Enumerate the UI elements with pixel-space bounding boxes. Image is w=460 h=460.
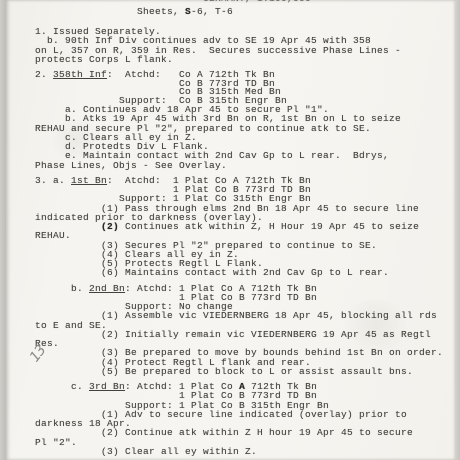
doc-line: (6) Maintains contact with 2nd Cav Gp to… — [35, 268, 451, 277]
doc-line: (2) Continues atk within Z, H Hour 19 Ap… — [35, 222, 451, 231]
sheets-line: Sheets, S-6, T-6 — [35, 6, 233, 17]
doc-line: (2) Continue atk within Z H hour 19 Apr … — [35, 428, 451, 437]
doc-line: (5) Be prepared to block to L or assist … — [35, 367, 451, 376]
sheets-post: -6, T-6 — [191, 6, 233, 17]
sheets-pre: Sheets, — [35, 6, 185, 17]
document-body: 1. Issued Separately. b. 90th Inf Div co… — [35, 27, 451, 456]
document-page: GERMANY, 1:100,000 Sheets, S-6, T-6 1. I… — [6, 0, 455, 460]
map-reference-fragment: GERMANY, 1:100,000 — [203, 0, 311, 3]
scanned-document: GERMANY, 1:100,000 Sheets, S-6, T-6 1. I… — [0, 0, 460, 460]
doc-line: (3) Clear all ey within Z. — [35, 447, 451, 456]
overstruck-item-number: (2) — [101, 221, 119, 232]
doc-line: (2) Initially remain vic VIEDERNBERG 19 … — [35, 330, 451, 339]
doc-line: protects Corps L flank. — [35, 55, 451, 64]
line-post: Continues atk within Z, H Hour 19 Apr 45… — [119, 221, 419, 232]
doc-line: Phase Lines, Objs - See Overlay. — [35, 161, 451, 170]
